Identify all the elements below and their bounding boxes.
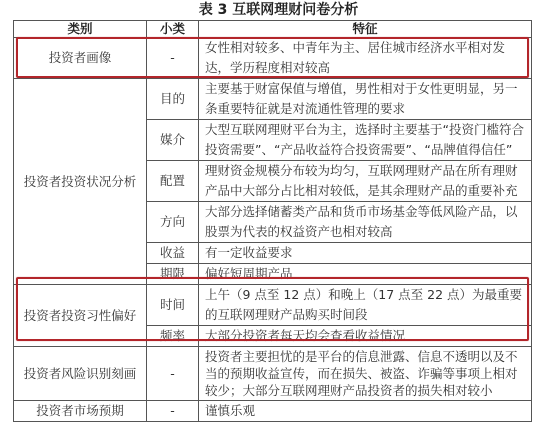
- feature-cell: 上午（9 点至 12 点）和晚上（17 点至 22 点）为最重要的互联网理财产品…: [199, 285, 532, 326]
- feature-cell: 大部分投资者每天均会查看收益情况: [199, 326, 532, 347]
- header-feature: 特征: [199, 21, 532, 38]
- feature-cell: 女性相对较多、中青年为主、居住城市经济水平相对发达，学历程度相对较高: [199, 38, 532, 79]
- subcategory-cell: 媒介: [147, 120, 199, 161]
- table-row: 投资者风险识别刻画 - 投资者主要担忧的是平台的信息泄露、信息不透明以及不当的预…: [14, 347, 532, 401]
- header-row: 类别 小类 特征: [14, 21, 532, 38]
- subcategory-cell: 配置: [147, 161, 199, 202]
- investment-analysis-table: 类别 小类 特征 投资者画像 - 女性相对较多、中青年为主、居住城市经济水平相对…: [13, 20, 532, 422]
- header-category: 类别: [14, 21, 147, 38]
- feature-cell: 大型互联网理财平台为主，选择时主要基于“投资门槛符合投资需要”、“产品收益符合投…: [199, 120, 532, 161]
- feature-cell: 有一定收益要求: [199, 243, 532, 264]
- subcategory-cell: -: [147, 38, 199, 79]
- category-cell: 投资者投资状况分析: [14, 79, 147, 285]
- feature-cell: 理财资金规模分布较为均匀，互联网理财产品在所有理财产品中大部分占比相对较低，是其…: [199, 161, 532, 202]
- table-title: 表 3 互联网理财问卷分析: [0, 1, 557, 19]
- subcategory-cell: 目的: [147, 79, 199, 120]
- category-cell: 投资者风险识别刻画: [14, 347, 147, 401]
- table-row: 投资者投资习性偏好 时间 上午（9 点至 12 点）和晚上（17 点至 22 点…: [14, 285, 532, 326]
- category-cell: 投资者投资习性偏好: [14, 285, 147, 347]
- header-subcategory: 小类: [147, 21, 199, 38]
- feature-cell: 偏好短周期产品: [199, 264, 532, 285]
- category-cell: 投资者画像: [14, 38, 147, 79]
- feature-cell: 主要基于财富保值与增值，男性相对于女性更明显，另一条重要特征就是对流通性管理的要…: [199, 79, 532, 120]
- clipped-source-note: [13, 418, 333, 426]
- subcategory-cell: 频率: [147, 326, 199, 347]
- subcategory-cell: 时间: [147, 285, 199, 326]
- subcategory-cell: 方向: [147, 202, 199, 243]
- subcategory-cell: 期限: [147, 264, 199, 285]
- table-row: 投资者投资状况分析 目的 主要基于财富保值与增值，男性相对于女性更明显，另一条重…: [14, 79, 532, 120]
- table-row: 投资者画像 - 女性相对较多、中青年为主、居住城市经济水平相对发达，学历程度相对…: [14, 38, 532, 79]
- feature-cell: 投资者主要担忧的是平台的信息泄露、信息不透明以及不当的预期收益宣传，而在损失、被…: [199, 347, 532, 401]
- feature-cell: 大部分选择储蓄类产品和货币市场基金等低风险产品，以股票为代表的权益资产也相对较高: [199, 202, 532, 243]
- subcategory-cell: 收益: [147, 243, 199, 264]
- subcategory-cell: -: [147, 347, 199, 401]
